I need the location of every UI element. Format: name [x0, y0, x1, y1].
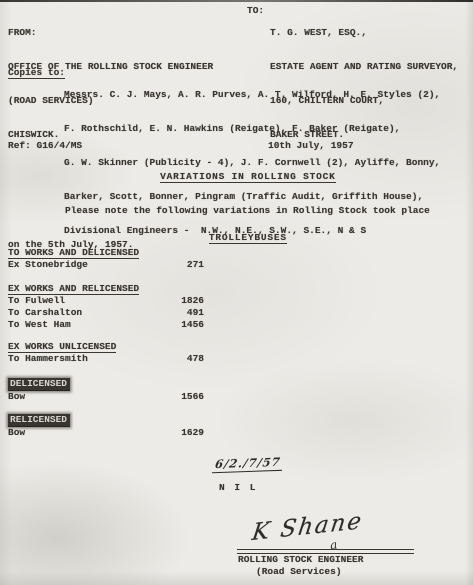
- scanned-memo-document: FROM: OFFICE OF THE ROLLING STOCK ENGINE…: [0, 0, 473, 585]
- reference-line: Ref: G16/4/MS: [8, 140, 82, 151]
- scan-edge-artifact: [0, 0, 473, 2]
- section-heading-ex-works-unlicensed: EX WORKS UNLICENSED: [8, 341, 116, 352]
- document-date: 10th July, 1957: [268, 140, 354, 151]
- copies-line: F. Rothschild, E. N. Hawkins (Reigate), …: [64, 123, 440, 135]
- row-label: To West Ham: [8, 319, 71, 330]
- section-heading-to-works-delicensed: TO WORKS AND DELICENSED: [8, 247, 139, 258]
- row-value: 1826: [181, 295, 204, 306]
- table-row: To Carshalton 491: [8, 307, 204, 318]
- intro-line: Please note the following variations in …: [8, 205, 430, 217]
- table-row: To West Ham 1456: [8, 319, 204, 330]
- row-label: To Fulwell: [8, 295, 65, 306]
- row-label: To Carshalton: [8, 307, 82, 318]
- copies-to-label: Copies to:: [8, 67, 65, 78]
- row-value: 1629: [181, 427, 204, 438]
- section-heading-ex-works-relicensed: EX WORKS AND RELICENSED: [8, 283, 139, 294]
- to-name-line: T. G. WEST, ESQ.,: [270, 27, 458, 39]
- signed-title: ROLLING STOCK ENGINEER: [238, 554, 363, 565]
- table-row: Bow 1629: [8, 427, 204, 438]
- table-row: To Fulwell 1826: [8, 295, 204, 306]
- document-title: VARIATIONS IN ROLLING STOCK: [160, 171, 336, 183]
- copies-line: Messrs. C. J. Mays, A. R. Purves, A. T. …: [64, 89, 440, 101]
- row-value: 1456: [181, 319, 204, 330]
- section-heading-relicensed: RELICENSED: [8, 414, 70, 425]
- row-value: 271: [187, 259, 204, 270]
- table-row: To Hammersmith 478: [8, 353, 204, 364]
- nil-note: N I L: [219, 482, 258, 493]
- table-row: Bow 1566: [8, 391, 204, 402]
- handwritten-date: 6/2./7/57: [212, 455, 284, 474]
- row-value: 1566: [181, 391, 204, 402]
- signed-subtitle: (Road Services): [256, 566, 342, 577]
- signature: K Shane: [250, 508, 364, 546]
- row-value: 478: [187, 353, 204, 364]
- row-label: Bow: [8, 391, 25, 402]
- to-label: TO:: [247, 5, 264, 16]
- row-value: 491: [187, 307, 204, 318]
- ref-label: Ref:: [8, 140, 31, 151]
- section-heading-delicensed: DELICENSED: [8, 378, 70, 389]
- row-label: Ex Stonebridge: [8, 259, 88, 270]
- ref-number: G16/4/MS: [37, 140, 83, 151]
- row-label: Bow: [8, 427, 25, 438]
- signature-rule: [237, 549, 414, 554]
- row-label: To Hammersmith: [8, 353, 88, 364]
- table-row: Ex Stonebridge 271: [8, 259, 204, 270]
- trolleybuses-heading: TROLLEYBUSES: [209, 232, 287, 244]
- from-label: FROM:: [8, 27, 213, 39]
